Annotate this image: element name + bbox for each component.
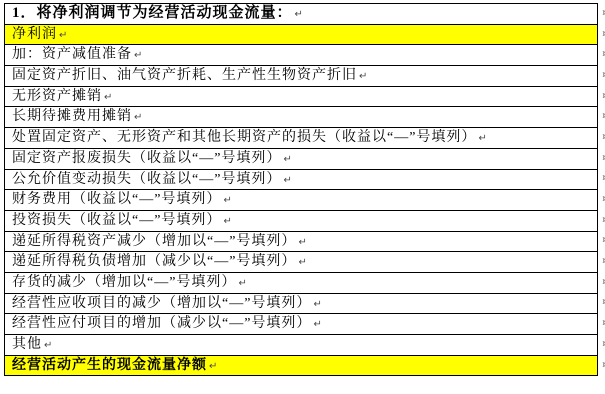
paragraph-mark-icon: ↵ [295, 5, 303, 25]
table-row[interactable]: 固定资产折旧、油气资产折耗、生产性生物资产折旧↵ ¤ [5, 66, 597, 87]
cell-text: 1．将净利润调节为经营活动现金流量： [12, 5, 293, 21]
cell-text: 处置固定资产、无形资产和其他长期资产的损失（收益以“—”号填列） [12, 130, 476, 145]
paragraph-mark-icon: ↵ [238, 274, 246, 294]
table-row[interactable]: 公允价值变动损失（收益以“—”号填列）↵ ¤ [5, 170, 597, 191]
paragraph-mark-icon: ↵ [223, 212, 231, 232]
cell-text: 加：资产减值准备 [12, 47, 132, 62]
table-row[interactable]: 财务费用（收益以“—”号填列）↵ ¤ [5, 190, 597, 211]
table-row[interactable]: 无形资产摊销↵ ¤ [5, 87, 597, 108]
table-row[interactable]: 1．将净利润调节为经营活动现金流量：↵ ¤ [5, 4, 597, 25]
cell-text: 经营性应收项目的减少（增加以“—”号填列） [12, 296, 311, 311]
table-row[interactable]: 经营活动产生的现金流量净额↵ ¤ [5, 356, 597, 376]
cell-text: 固定资产折旧、油气资产折耗、生产性生物资产折旧 [12, 68, 357, 83]
table-row[interactable]: 经营性应收项目的减少（增加以“—”号填列）↵ ¤ [5, 294, 597, 315]
table-row[interactable]: 递延所得税负债增加（减少以“—”号填列）↵ ¤ [5, 252, 597, 273]
paragraph-mark-icon: ↵ [223, 191, 231, 211]
table-row[interactable]: 递延所得税资产减少（增加以“—”号填列）↵ ¤ [5, 232, 597, 253]
paragraph-mark-icon: ↵ [283, 150, 291, 170]
table-row[interactable]: 加：资产减值准备↵ ¤ [5, 45, 597, 66]
paragraph-mark-icon: ↵ [209, 357, 217, 377]
cell-text: 无形资产摊销 [12, 89, 102, 104]
cell-text: 经营性应付项目的增加（减少以“—”号填列） [12, 316, 311, 331]
cell-text: 净利润 [12, 27, 57, 42]
cell-text: 投资损失（收益以“—”号填列） [12, 213, 221, 228]
table-row[interactable]: 经营性应付项目的增加（减少以“—”号填列）↵ ¤ [5, 314, 597, 335]
cell-text: 其他 [12, 337, 42, 352]
cell-text: 长期待摊费用摊销 [12, 109, 132, 124]
paragraph-mark-icon: ↵ [298, 253, 306, 273]
cell-text: 经营活动产生的现金流量净额 [12, 358, 207, 373]
cell-text: 公允价值变动损失（收益以“—”号填列） [12, 172, 281, 187]
adjustment-table: 1．将净利润调节为经营活动现金流量：↵ ¤ 净利润↵ ¤ 加：资产减值准备↵ ¤… [4, 3, 598, 376]
cell-text: 存货的减少（增加以“—”号填列） [12, 275, 236, 290]
paragraph-mark-icon: ↵ [298, 233, 306, 253]
paragraph-mark-icon: ↵ [134, 108, 142, 128]
paragraph-mark-icon: ↵ [44, 336, 52, 356]
table-row[interactable]: 固定资产报废损失（收益以“—”号填列）↵ ¤ [5, 149, 597, 170]
cell-text: 财务费用（收益以“—”号填列） [12, 192, 221, 207]
table-row[interactable]: 净利润↵ ¤ [5, 25, 597, 46]
table-row[interactable]: 存货的减少（增加以“—”号填列）↵ ¤ [5, 273, 597, 294]
document-page: 1．将净利润调节为经营活动现金流量：↵ ¤ 净利润↵ ¤ 加：资产减值准备↵ ¤… [0, 0, 605, 394]
table-row[interactable]: 其他↵ ¤ [5, 335, 597, 356]
paragraph-mark-icon: ↵ [313, 295, 321, 315]
table-row[interactable]: 长期待摊费用摊销↵ ¤ [5, 107, 597, 128]
cell-text: 递延所得税负债增加（减少以“—”号填列） [12, 254, 296, 269]
paragraph-mark-icon: ↵ [359, 67, 367, 87]
paragraph-mark-icon: ↵ [134, 46, 142, 66]
paragraph-mark-icon: ↵ [59, 26, 67, 46]
paragraph-mark-icon: ↵ [283, 171, 291, 191]
cell-text: 固定资产报废损失（收益以“—”号填列） [12, 151, 281, 166]
paragraph-mark-icon: ↵ [478, 129, 486, 149]
paragraph-mark-icon: ↵ [104, 88, 112, 108]
cell-text: 递延所得税资产减少（增加以“—”号填列） [12, 234, 296, 249]
paragraph-mark-icon: ↵ [313, 315, 321, 335]
table-row[interactable]: 处置固定资产、无形资产和其他长期资产的损失（收益以“—”号填列）↵ ¤ [5, 128, 597, 149]
table-row[interactable]: 投资损失（收益以“—”号填列）↵ ¤ [5, 211, 597, 232]
